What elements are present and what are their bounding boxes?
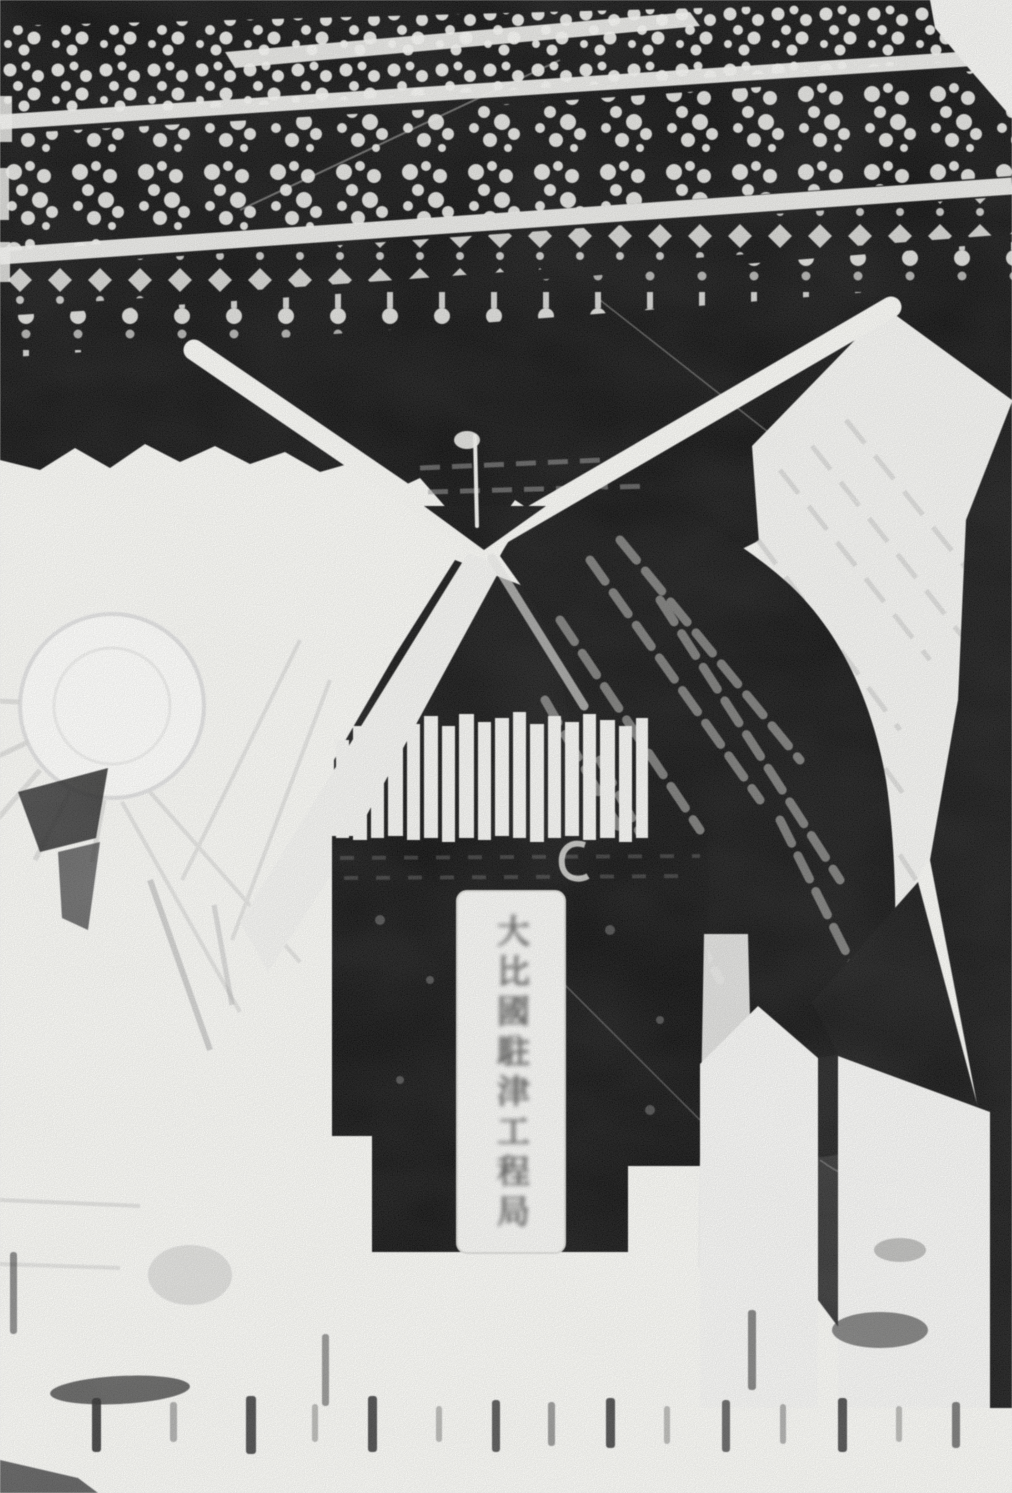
fence-slat	[478, 722, 491, 840]
fence-slat	[530, 724, 544, 842]
fence-slat	[583, 714, 596, 840]
photo-scene	[0, 0, 1012, 1493]
fence-slat	[565, 722, 579, 836]
fence-slat	[600, 720, 615, 838]
sun-emblem	[20, 614, 204, 798]
pole-finial	[454, 431, 480, 449]
sign-plaque	[457, 891, 565, 1253]
pole-finial-stem	[475, 436, 477, 526]
fence-slat	[548, 716, 561, 838]
fence-slat	[495, 718, 509, 836]
fence-slat	[336, 740, 349, 838]
fence-slat	[353, 726, 367, 840]
fence-slat	[459, 714, 474, 838]
foreground-block-left	[700, 1006, 818, 1408]
fence-slat	[407, 724, 420, 840]
fence-slat	[636, 718, 648, 838]
fence-slat	[513, 712, 526, 838]
foreground-block-right	[838, 1056, 990, 1408]
fence-slat	[371, 732, 384, 838]
photograph: 大比國駐津工程局	[0, 0, 1012, 1493]
fence-slat	[424, 716, 438, 838]
fence-slat	[388, 718, 403, 836]
fence-slat	[619, 726, 632, 842]
fence-slat	[442, 726, 455, 842]
